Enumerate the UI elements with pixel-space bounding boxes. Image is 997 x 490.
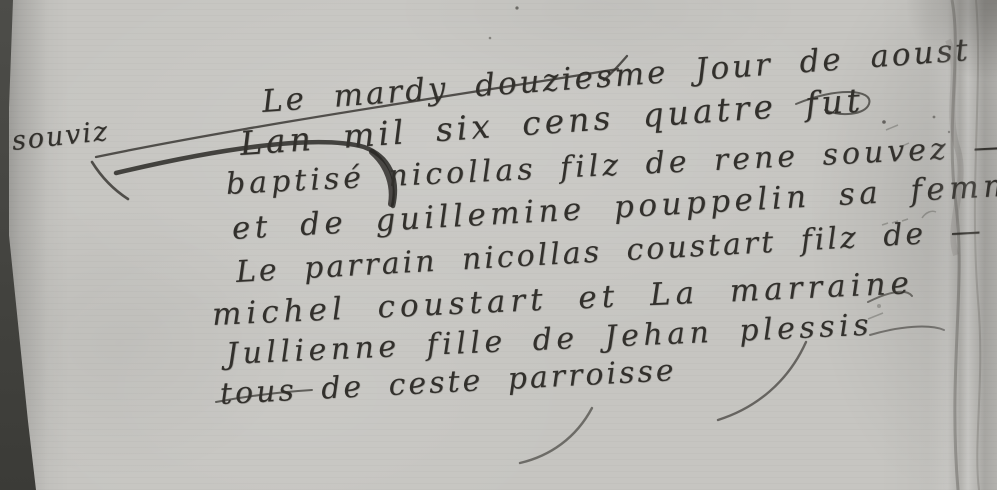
ink-dot (515, 6, 518, 9)
ink-dot (489, 37, 492, 40)
ink-dot (882, 120, 886, 124)
parroisse-descender (520, 408, 592, 463)
plessis-descender (718, 342, 806, 420)
margin-z-tail (92, 162, 128, 199)
manuscript-page: souviz Le mardy douziesme Jour de aoust … (0, 0, 997, 490)
ink-speck (877, 304, 881, 308)
top-right-corner-shadow (907, 0, 997, 80)
